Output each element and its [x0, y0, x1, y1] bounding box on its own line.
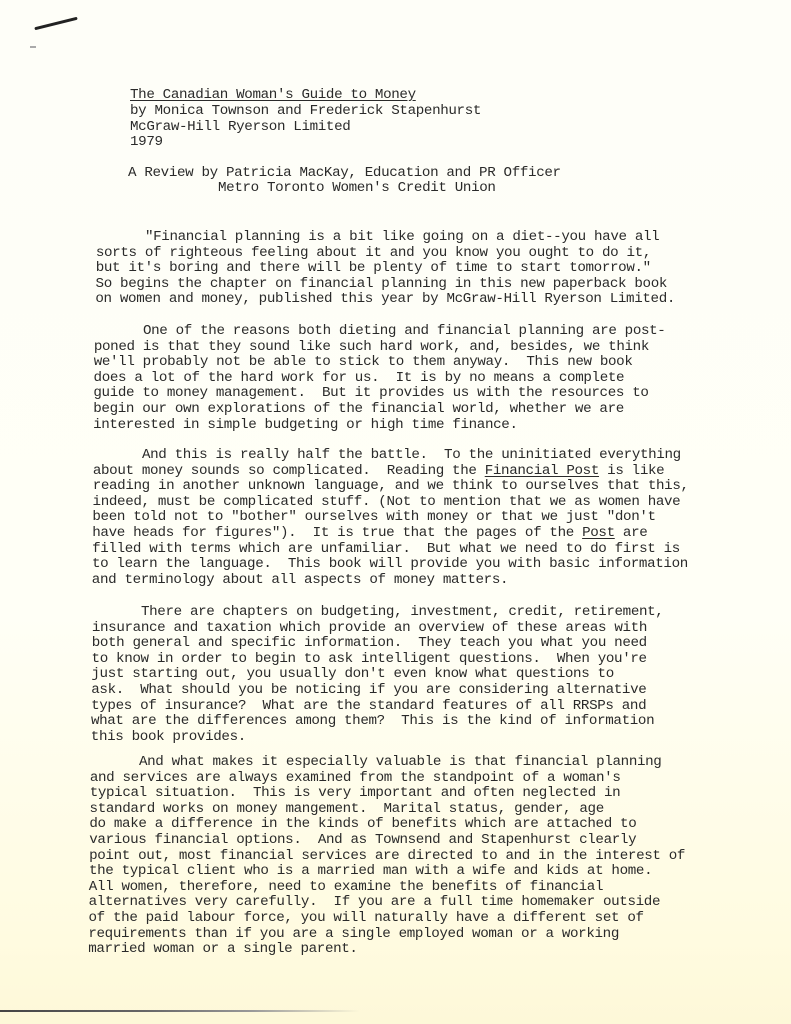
text-line: typical situation. This is very importan… — [90, 786, 621, 801]
underlined-title: Post — [582, 525, 615, 541]
text-line: poned is that they sound like such hard … — [94, 340, 649, 355]
text-line: reading in another unknown language, and… — [93, 479, 689, 494]
text-line: filled with terms which are unfamiliar. … — [92, 542, 680, 557]
text-line: begin our own explorations of the financ… — [93, 402, 624, 417]
text-line: ask. What should you be noticing if you … — [91, 683, 646, 698]
text-line: various financial options. And as Townse… — [89, 833, 636, 848]
text-line: been told not to "bother" ourselves with… — [92, 510, 655, 525]
text-line: to know in order to begin to ask intelli… — [92, 652, 647, 667]
review-organization: Metro Toronto Women's Credit Union — [218, 181, 496, 196]
text-line: requirements than if you are a single em… — [88, 927, 619, 942]
text-line: but it's boring and there will be plenty… — [96, 261, 651, 276]
text-line: the typical client who is a married man … — [89, 864, 652, 879]
review-byline: A Review by Patricia MacKay, Education a… — [128, 166, 561, 181]
text-line: does a lot of the hard work for us. It i… — [94, 371, 625, 386]
text-line: have heads for figures"). It is true tha… — [92, 526, 647, 541]
document-page: The Canadian Woman's Guide to Money by M… — [0, 0, 791, 1024]
text-line: indeed, must be complicated stuff. (Not … — [93, 495, 681, 510]
book-authors: by Monica Townson and Frederick Stapenhu… — [130, 104, 481, 119]
text-line: and terminology about all aspects of mon… — [92, 573, 508, 588]
text-line: All women, therefore, need to examine th… — [89, 880, 603, 895]
text-line: interested in simple budgeting or high t… — [93, 418, 518, 433]
book-year: 1979 — [130, 135, 163, 150]
smudge-mark — [30, 46, 36, 48]
book-title: The Canadian Woman's Guide to Money — [130, 88, 416, 103]
text-line: "Financial planning is a bit like going … — [96, 230, 659, 245]
text-line: we'll probably not be able to stick to t… — [94, 355, 633, 370]
text-line: on women and money, published this year … — [95, 292, 675, 307]
text-line: There are chapters on budgeting, investm… — [92, 605, 663, 620]
text-line: of the paid labour force, you will natur… — [89, 911, 644, 926]
text-line: And this is really half the battle. To t… — [93, 448, 681, 463]
text-line: alternatives very carefully. If you are … — [89, 895, 660, 910]
text-line: what are the differences among them? Thi… — [91, 714, 654, 729]
text-line: married woman or a single parent. — [88, 942, 357, 957]
underlined-title: Financial Post — [485, 463, 599, 479]
text-line: standard works on money mangement. Marit… — [90, 802, 604, 817]
text-line: And what makes it especially valuable is… — [90, 755, 661, 770]
text-line: sorts of righteous feeling about it and … — [96, 246, 651, 261]
text-line: types of insurance? What are the standar… — [91, 699, 646, 714]
bottom-rule — [0, 1010, 360, 1012]
text-line: both general and specific information. T… — [92, 636, 647, 651]
text-line: So begins the chapter on financial plann… — [96, 277, 667, 292]
text-line: point out, most financial services are d… — [89, 849, 685, 864]
text-line: just starting out, you usually don't eve… — [91, 667, 614, 682]
text-line: this book provides. — [91, 730, 246, 745]
text-line: insurance and taxation which provide an … — [92, 621, 647, 636]
text-line: about money sounds so complicated. Readi… — [93, 464, 664, 479]
text-line: and services are always examined from th… — [90, 771, 621, 786]
pen-mark — [34, 17, 77, 31]
text-line: One of the reasons both dieting and fina… — [94, 324, 665, 339]
text-line: to learn the language. This book will pr… — [92, 557, 688, 572]
text-line: do make a difference in the kinds of ben… — [89, 817, 636, 832]
book-publisher: McGraw-Hill Ryerson Limited — [130, 120, 350, 135]
text-line: guide to money management. But it provid… — [93, 386, 648, 401]
